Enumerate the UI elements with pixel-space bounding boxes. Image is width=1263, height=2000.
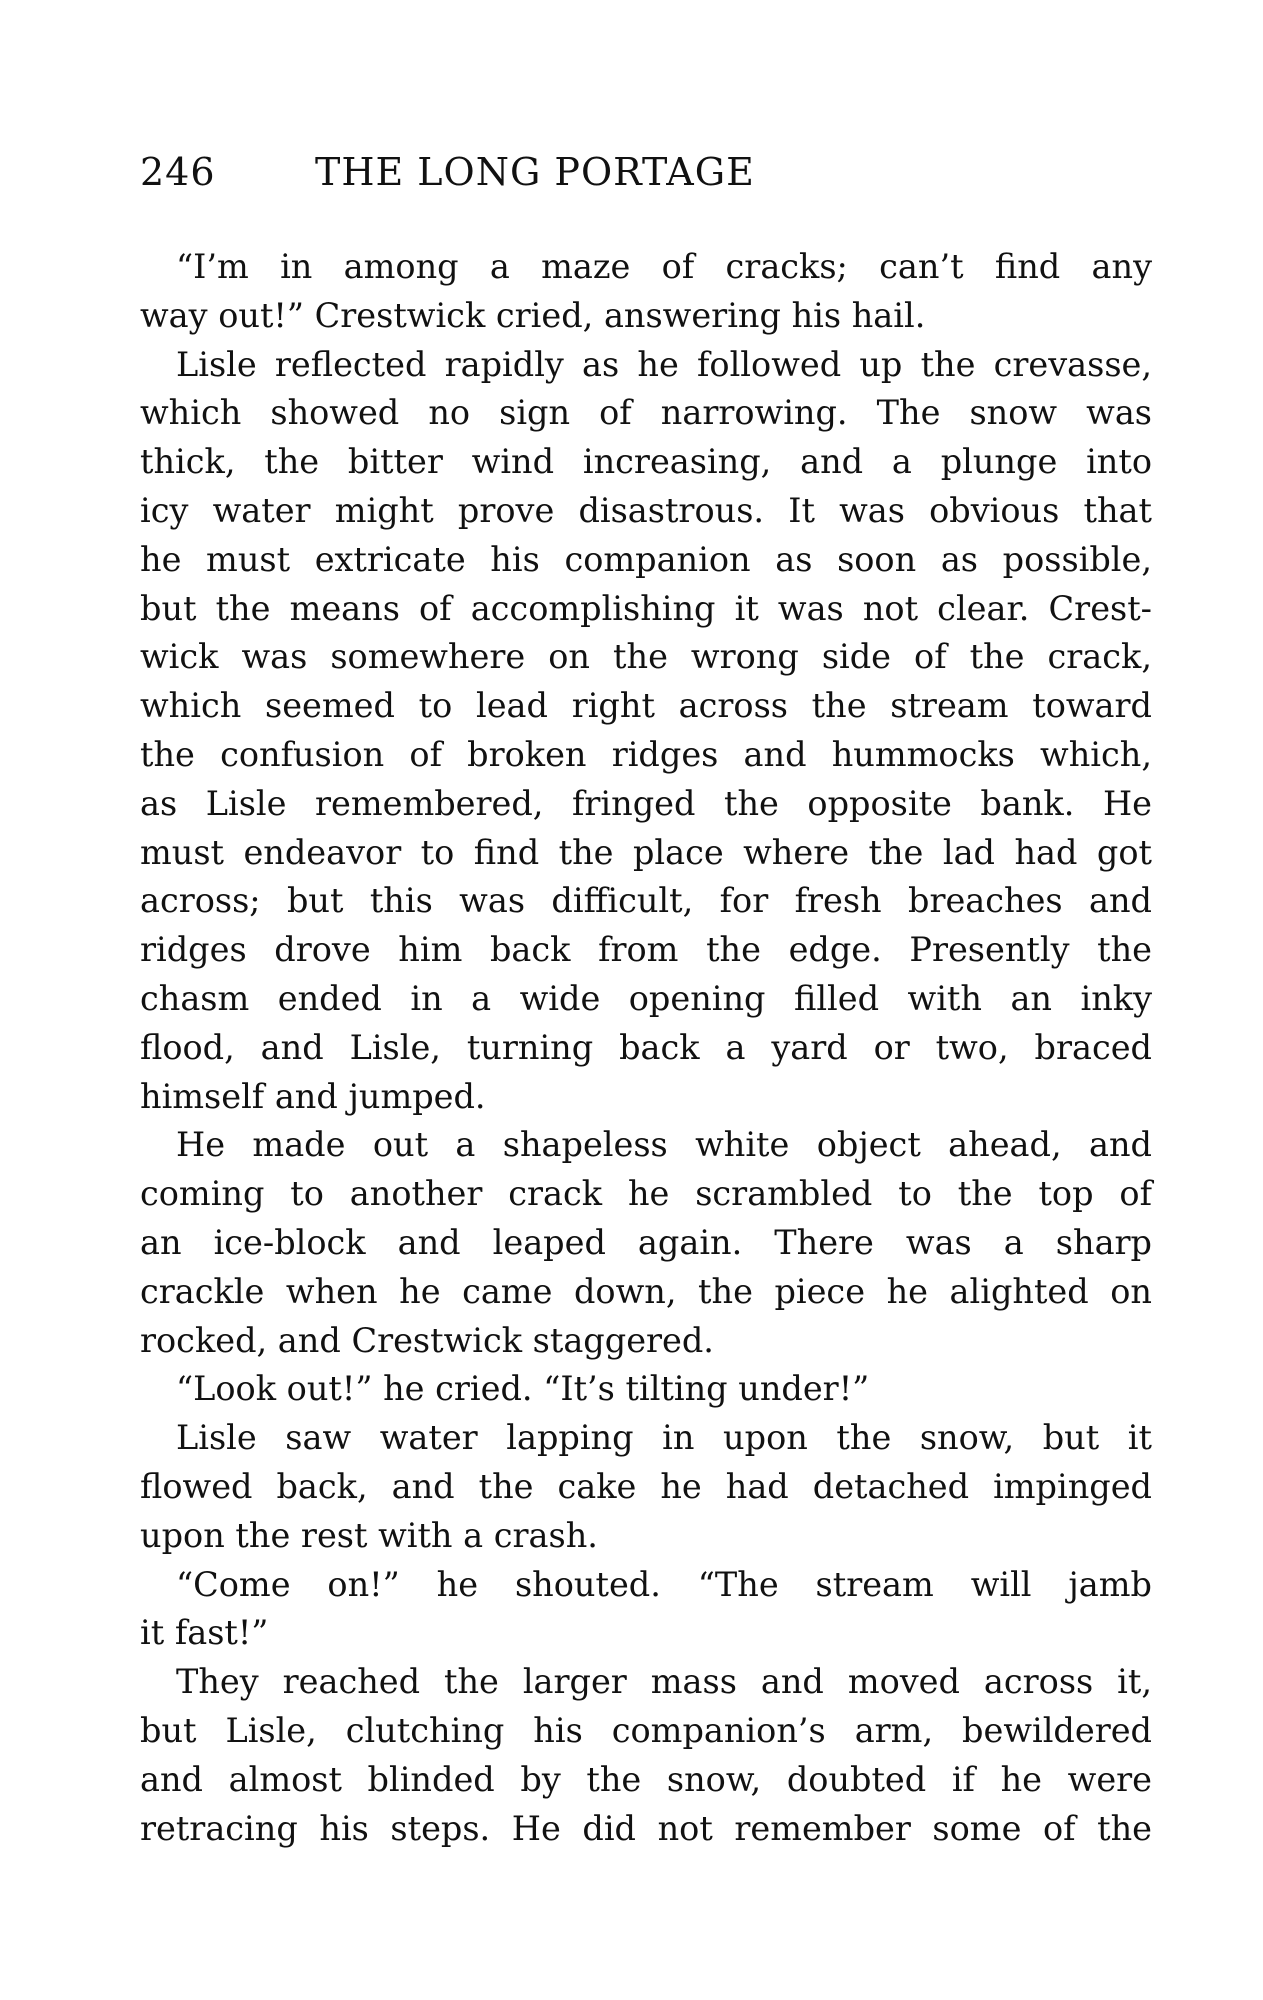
page-number: 246: [140, 150, 290, 194]
text-line: an ice-block and leaped again. There was…: [140, 1219, 1152, 1268]
text-line: across; but this was difficult, for fres…: [140, 877, 1152, 926]
text-line: “Come on!” he shouted. “The stream will …: [140, 1561, 1152, 1610]
text-line: but the means of accomplishing it was no…: [140, 585, 1152, 634]
text-line: the confusion of broken ridges and hummo…: [140, 731, 1152, 780]
text-line: which seemed to lead right across the st…: [140, 682, 1152, 731]
text-line: They reached the larger mass and moved a…: [140, 1658, 1152, 1707]
text-line: himself and jumped.: [140, 1073, 1152, 1122]
text-line: and almost blinded by the snow, doubted …: [140, 1756, 1152, 1805]
running-title: THE LONG PORTAGE: [315, 150, 755, 194]
text-line: coming to another crack he scrambled to …: [140, 1170, 1152, 1219]
text-line: as Lisle remembered, fringed the opposit…: [140, 780, 1152, 829]
text-line: chasm ended in a wide opening filled wit…: [140, 975, 1152, 1024]
body-text: “I’m in among a maze of cracks; can’t fi…: [140, 243, 1152, 1853]
text-line: flowed back, and the cake he had detache…: [140, 1463, 1152, 1512]
text-line: Lisle saw water lapping in upon the snow…: [140, 1414, 1152, 1463]
text-line: which showed no sign of narrowing. The s…: [140, 389, 1152, 438]
text-line: way out!” Crestwick cried, answering his…: [140, 292, 1152, 341]
text-line: thick, the bitter wind increasing, and a…: [140, 438, 1152, 487]
book-page: 246 THE LONG PORTAGE “I’m in among a maz…: [140, 150, 1152, 1853]
text-line: upon the rest with a crash.: [140, 1512, 1152, 1561]
text-line: retracing his steps. He did not remember…: [140, 1805, 1152, 1854]
text-line: he must extricate his companion as soon …: [140, 536, 1152, 585]
running-head: 246 THE LONG PORTAGE: [140, 150, 1152, 210]
text-line: rocked, and Crestwick staggered.: [140, 1317, 1152, 1366]
text-line: wick was somewhere on the wrong side of …: [140, 633, 1152, 682]
text-line: “I’m in among a maze of cracks; can’t fi…: [140, 243, 1152, 292]
text-line: Lisle reflected rapidly as he followed u…: [140, 341, 1152, 390]
text-line: icy water might prove disastrous. It was…: [140, 487, 1152, 536]
text-line: ridges drove him back from the edge. Pre…: [140, 926, 1152, 975]
text-line: He made out a shapeless white object ahe…: [140, 1121, 1152, 1170]
text-line: must endeavor to find the place where th…: [140, 829, 1152, 878]
text-line: flood, and Lisle, turning back a yard or…: [140, 1024, 1152, 1073]
text-line: “Look out!” he cried. “It’s tilting unde…: [140, 1365, 1152, 1414]
text-line: crackle when he came down, the piece he …: [140, 1268, 1152, 1317]
text-line: it fast!”: [140, 1609, 1152, 1658]
text-line: but Lisle, clutching his companion’s arm…: [140, 1707, 1152, 1756]
